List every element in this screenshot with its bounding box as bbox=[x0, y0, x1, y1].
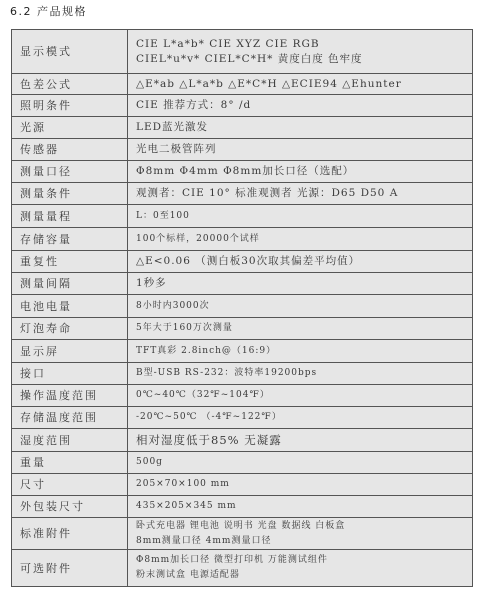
spec-label: 测量间隔 bbox=[12, 273, 128, 295]
spec-row: 重量500g bbox=[12, 452, 473, 474]
spec-value: 500g bbox=[128, 452, 473, 474]
spec-label: 灯泡寿命 bbox=[12, 318, 128, 340]
spec-value-line: 5年大于160万次测量 bbox=[136, 321, 472, 336]
spec-value-line: TFT真彩 2.8inch@（16:9） bbox=[136, 344, 472, 359]
spec-label: 测量条件 bbox=[12, 183, 128, 205]
spec-label: 操作温度范围 bbox=[12, 385, 128, 407]
spec-value: △E<0.06 （测白板30次取其偏差平均值） bbox=[128, 251, 473, 273]
spec-value: LED蓝光激发 bbox=[128, 117, 473, 139]
spec-label: 标准附件 bbox=[12, 518, 128, 550]
spec-value: L：0至100 bbox=[128, 205, 473, 228]
spec-label: 光源 bbox=[12, 117, 128, 139]
spec-value-line: 光电二极管阵列 bbox=[136, 142, 472, 157]
spec-label: 外包装尺寸 bbox=[12, 496, 128, 518]
spec-value: 205×70×100 mm bbox=[128, 474, 473, 496]
spec-value-line: 435×205×345 mm bbox=[136, 499, 472, 514]
spec-value: 相对湿度低于85% 无凝露 bbox=[128, 429, 473, 452]
spec-value-line: 观测者：CIE 10° 标准观测者 光源：D65 D50 A bbox=[136, 186, 472, 201]
spec-value-line: CIEL*u*v* CIEL*C*H* 黄度白度 色牢度 bbox=[136, 52, 472, 67]
spec-row: 测量条件观测者：CIE 10° 标准观测者 光源：D65 D50 A bbox=[12, 183, 473, 205]
spec-label: 电池电量 bbox=[12, 295, 128, 318]
spec-value-line: 205×70×100 mm bbox=[136, 477, 472, 492]
spec-value-line: L：0至100 bbox=[136, 209, 472, 224]
spec-value: 0℃~40℃（32℉~104℉） bbox=[128, 385, 473, 407]
spec-row: 外包装尺寸435×205×345 mm bbox=[12, 496, 473, 518]
spec-row: 照明条件CIE 推荐方式：8° /d bbox=[12, 95, 473, 117]
spec-row: 尺寸205×70×100 mm bbox=[12, 474, 473, 496]
spec-label: 测量量程 bbox=[12, 205, 128, 228]
spec-row: 显示模式CIE L*a*b* CIE XYZ CIE RGBCIEL*u*v* … bbox=[12, 30, 473, 74]
spec-label: 重量 bbox=[12, 452, 128, 474]
spec-value-line: B型-USB RS-232：波特率19200bps bbox=[136, 366, 472, 381]
spec-value-line: 粉末测试盒 电源适配器 bbox=[136, 568, 472, 583]
spec-label: 可选附件 bbox=[12, 550, 128, 587]
spec-row: 接口B型-USB RS-232：波特率19200bps bbox=[12, 363, 473, 385]
spec-row: 测量量程L：0至100 bbox=[12, 205, 473, 228]
spec-value-line: CIE 推荐方式：8° /d bbox=[136, 98, 472, 113]
spec-label: 尺寸 bbox=[12, 474, 128, 496]
spec-row: 重复性△E<0.06 （测白板30次取其偏差平均值） bbox=[12, 251, 473, 273]
spec-value-line: 1秒多 bbox=[136, 276, 472, 291]
spec-label: 显示模式 bbox=[12, 30, 128, 74]
spec-value-line: LED蓝光激发 bbox=[136, 120, 472, 135]
spec-value-line: 0℃~40℃（32℉~104℉） bbox=[136, 388, 472, 403]
spec-value-line: △E<0.06 （测白板30次取其偏差平均值） bbox=[136, 254, 472, 269]
spec-value: 卧式充电器 锂电池 说明书 光盘 数据线 白板盒8mm测量口径 4mm测量口径 bbox=[128, 518, 473, 550]
spec-value: Φ8mm加长口径 微型打印机 万能测试组件 粉末测试盒 电源适配器 bbox=[128, 550, 473, 587]
spec-row: 操作温度范围0℃~40℃（32℉~104℉） bbox=[12, 385, 473, 407]
spec-value: CIE L*a*b* CIE XYZ CIE RGBCIEL*u*v* CIEL… bbox=[128, 30, 473, 74]
spec-label: 重复性 bbox=[12, 251, 128, 273]
spec-label: 测量口径 bbox=[12, 161, 128, 183]
spec-value: -20℃~50℃ （-4℉~122℉） bbox=[128, 407, 473, 429]
spec-value: △E*ab △L*a*b △E*C*H △ECIE94 △Ehunter bbox=[128, 74, 473, 95]
spec-value-line: 8mm测量口径 4mm测量口径 bbox=[136, 534, 472, 549]
spec-value-line: 卧式充电器 锂电池 说明书 光盘 数据线 白板盒 bbox=[136, 519, 472, 534]
spec-row: 传感器光电二极管阵列 bbox=[12, 139, 473, 161]
spec-row: 色差公式△E*ab △L*a*b △E*C*H △ECIE94 △Ehunter bbox=[12, 74, 473, 95]
spec-row: 存储温度范围-20℃~50℃ （-4℉~122℉） bbox=[12, 407, 473, 429]
spec-value-line: -20℃~50℃ （-4℉~122℉） bbox=[136, 410, 472, 425]
spec-value: TFT真彩 2.8inch@（16:9） bbox=[128, 340, 473, 363]
spec-row: 标准附件卧式充电器 锂电池 说明书 光盘 数据线 白板盒8mm测量口径 4mm测… bbox=[12, 518, 473, 550]
spec-value-line: Φ8mm加长口径 微型打印机 万能测试组件 bbox=[136, 553, 472, 568]
spec-value-line: 相对湿度低于85% 无凝露 bbox=[136, 433, 472, 448]
spec-row: 电池电量8小时内3000次 bbox=[12, 295, 473, 318]
spec-row: 灯泡寿命5年大于160万次测量 bbox=[12, 318, 473, 340]
spec-value: 1秒多 bbox=[128, 273, 473, 295]
spec-label: 照明条件 bbox=[12, 95, 128, 117]
spec-value: 435×205×345 mm bbox=[128, 496, 473, 518]
spec-value: 100个标样，20000个试样 bbox=[128, 228, 473, 251]
spec-value-line: 8小时内3000次 bbox=[136, 299, 472, 314]
spec-value: 8小时内3000次 bbox=[128, 295, 473, 318]
spec-row: 测量间隔1秒多 bbox=[12, 273, 473, 295]
spec-value-line: Φ8mm Φ4mm Φ8mm加长口径（选配） bbox=[136, 164, 472, 179]
spec-row: 湿度范围相对湿度低于85% 无凝露 bbox=[12, 429, 473, 452]
spec-label: 存储温度范围 bbox=[12, 407, 128, 429]
spec-label: 存储容量 bbox=[12, 228, 128, 251]
section-title: 6.2 产品规格 bbox=[10, 3, 87, 19]
spec-value-line: △E*ab △L*a*b △E*C*H △ECIE94 △Ehunter bbox=[136, 77, 472, 92]
spec-label: 色差公式 bbox=[12, 74, 128, 95]
spec-value-line: 100个标样，20000个试样 bbox=[136, 232, 472, 247]
spec-value: Φ8mm Φ4mm Φ8mm加长口径（选配） bbox=[128, 161, 473, 183]
spec-row: 显示屏TFT真彩 2.8inch@（16:9） bbox=[12, 340, 473, 363]
spec-value: 5年大于160万次测量 bbox=[128, 318, 473, 340]
spec-value: B型-USB RS-232：波特率19200bps bbox=[128, 363, 473, 385]
spec-row: 可选附件Φ8mm加长口径 微型打印机 万能测试组件 粉末测试盒 电源适配器 bbox=[12, 550, 473, 587]
spec-value: CIE 推荐方式：8° /d bbox=[128, 95, 473, 117]
spec-value-line: 500g bbox=[136, 455, 472, 470]
spec-label: 接口 bbox=[12, 363, 128, 385]
spec-value-line: CIE L*a*b* CIE XYZ CIE RGB bbox=[136, 37, 472, 52]
spec-label: 湿度范围 bbox=[12, 429, 128, 452]
spec-row: 测量口径Φ8mm Φ4mm Φ8mm加长口径（选配） bbox=[12, 161, 473, 183]
spec-row: 存储容量100个标样，20000个试样 bbox=[12, 228, 473, 251]
spec-row: 光源LED蓝光激发 bbox=[12, 117, 473, 139]
spec-value: 观测者：CIE 10° 标准观测者 光源：D65 D50 A bbox=[128, 183, 473, 205]
spec-table: 显示模式CIE L*a*b* CIE XYZ CIE RGBCIEL*u*v* … bbox=[11, 29, 473, 587]
spec-label: 显示屏 bbox=[12, 340, 128, 363]
spec-value: 光电二极管阵列 bbox=[128, 139, 473, 161]
spec-label: 传感器 bbox=[12, 139, 128, 161]
